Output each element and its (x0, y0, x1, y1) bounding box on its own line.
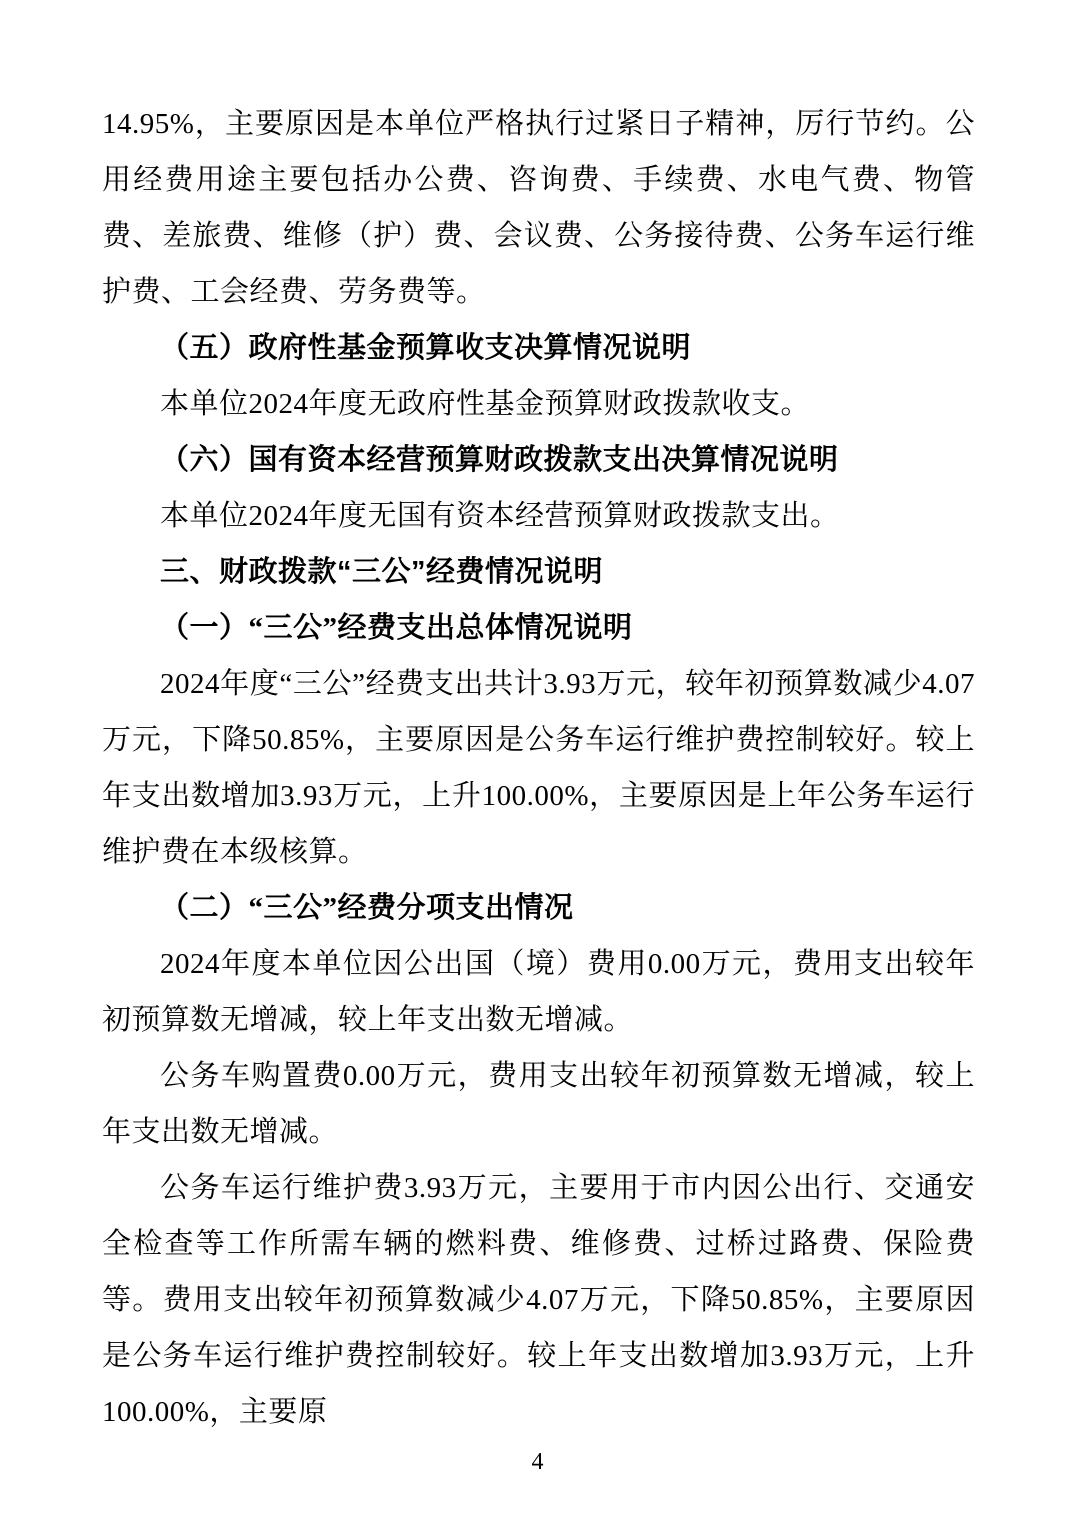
section-heading-1-overall-expense: （一）“三公”经费支出总体情况说明 (102, 600, 975, 656)
paragraph-vehicle-operation-expense: 公务车运行维护费3.93万元，主要用于市内因公出行、交通安全检查等工作所需车辆的… (102, 1160, 975, 1440)
page-number: 4 (0, 1450, 1075, 1474)
paragraph-overseas-travel-expense: 2024年度本单位因公出国（境）费用0.00万元，费用支出较年初预算数无增减，较… (102, 936, 975, 1048)
chapter-heading-3-three-public-expenses: 三、财政拨款“三公”经费情况说明 (102, 544, 975, 600)
section-heading-6-state-capital: （六）国有资本经营预算财政拨款支出决算情况说明 (102, 432, 975, 488)
paragraph-continued-public-funds: 14.95%，主要原因是本单位严格执行过紧日子精神，厉行节约。公用经费用途主要包… (102, 96, 975, 320)
section-heading-2-itemized-expense: （二）“三公”经费分项支出情况 (102, 880, 975, 936)
document-page: 14.95%，主要原因是本单位严格执行过紧日子精神，厉行节约。公用经费用途主要包… (0, 0, 1075, 1520)
paragraph-government-funds: 本单位2024年度无政府性基金预算财政拨款收支。 (102, 376, 975, 432)
paragraph-vehicle-purchase-expense: 公务车购置费0.00万元，费用支出较年初预算数无增减，较上年支出数无增减。 (102, 1048, 975, 1160)
paragraph-state-capital: 本单位2024年度无国有资本经营预算财政拨款支出。 (102, 488, 975, 544)
section-heading-5-government-funds: （五）政府性基金预算收支决算情况说明 (102, 320, 975, 376)
paragraph-overall-expense: 2024年度“三公”经费支出共计3.93万元，较年初预算数减少4.07万元，下降… (102, 656, 975, 880)
document-body: 14.95%，主要原因是本单位严格执行过紧日子精神，厉行节约。公用经费用途主要包… (102, 96, 975, 1440)
